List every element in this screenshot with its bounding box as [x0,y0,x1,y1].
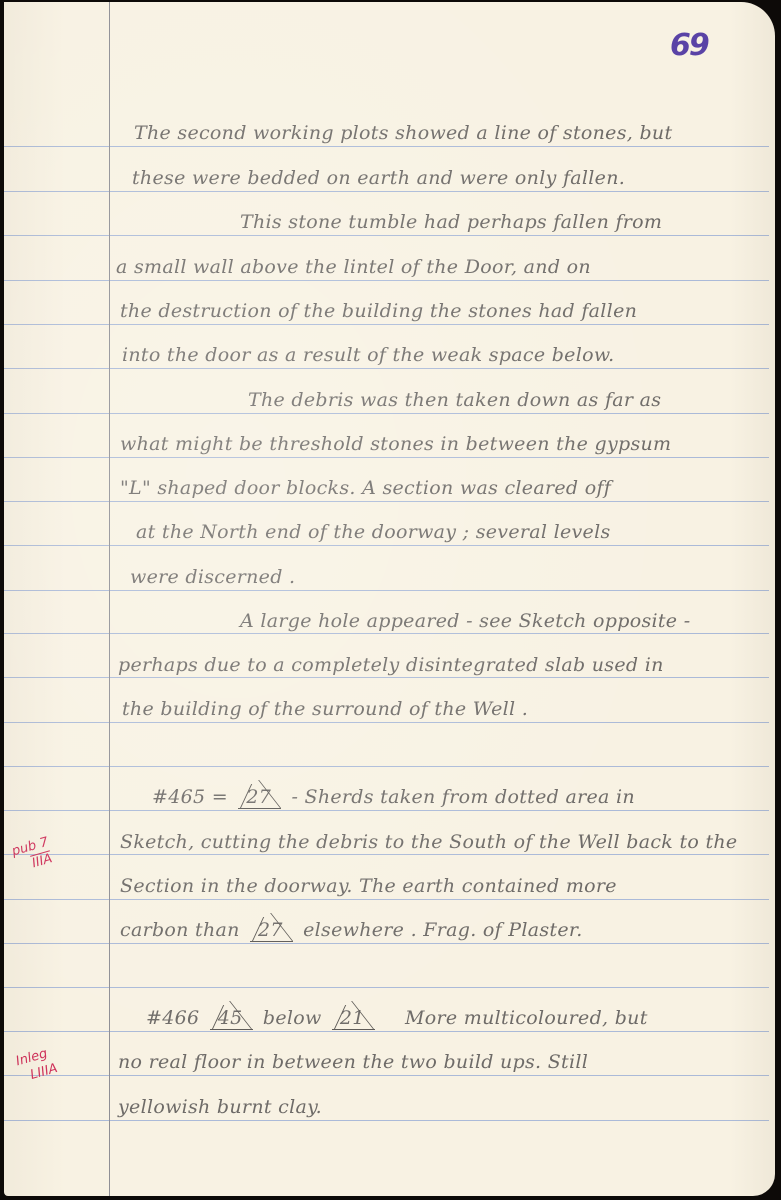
ruled-line [4,368,769,369]
level-number: 21 [340,1007,365,1029]
text-line: the building of the surround of the Well… [122,698,528,720]
margin-note: Inleg LIIIA [14,1044,60,1087]
text-line: The second working plots showed a line o… [134,122,672,144]
text-line: More multicoloured, but [405,1007,648,1029]
ruled-line [4,457,769,458]
ruled-line [4,1120,769,1121]
entry-relation: below [263,1007,322,1029]
entry-number: #465 [152,786,205,808]
text-line: This stone tumble had perhaps fallen fro… [240,211,662,233]
ruled-line [4,810,769,811]
margin-rule [109,2,110,1196]
text-line: these were bedded on earth and were only… [132,167,625,189]
level-triangle: 27 [238,786,281,809]
margin-note: pub 7 IIIA [10,834,55,877]
ruled-line [4,545,769,546]
text-fragment: elsewhere . Frag. of Plaster. [303,919,582,941]
level-triangle: 45 [210,1007,253,1030]
ruled-line [4,1031,769,1032]
entry-number: #466 [146,1007,199,1029]
text-line: the destruction of the building the ston… [120,300,637,322]
entry-466-header: #466 45 below 21 More multicoloured, but [146,1007,648,1030]
text-line-with-level: carbon than 27 elsewhere . Frag. of Plas… [120,919,583,942]
level-number: 45 [218,1007,243,1029]
ruled-line [4,677,769,678]
ruled-line [4,633,769,634]
ruled-line [4,722,769,723]
ruled-line [4,280,769,281]
entry-465-header: #465 = 27 - Sherds taken from dotted are… [152,786,635,809]
text-line: - Sherds taken from dotted area in [291,786,634,808]
text-line: were discerned . [130,566,295,588]
ruled-line [4,766,769,767]
level-number: 27 [246,786,271,808]
text-line: a small wall above the lintel of the Doo… [116,256,591,278]
text-line: A large hole appeared - see Sketch oppos… [240,610,690,632]
text-line: "L" shaped door blocks. A section was cl… [120,477,611,499]
text-line: Section in the doorway. The earth contai… [120,875,617,897]
level-triangle: 27 [250,919,293,942]
notebook-page: 69 The second working plots showed a lin… [4,2,775,1196]
text-line: what might be threshold stones in betwee… [120,433,671,455]
text-line: into the door as a result of the weak sp… [122,344,615,366]
ruled-line [4,501,769,502]
ruled-line [4,899,769,900]
ruled-line [4,413,769,414]
text-line: at the North end of the doorway ; severa… [136,521,611,543]
level-triangle: 21 [332,1007,375,1030]
page-number: 69 [670,28,708,63]
ruled-line [4,324,769,325]
entry-relation: = [212,786,228,808]
text-line: The debris was then taken down as far as [248,389,661,411]
text-line: perhaps due to a completely disintegrate… [118,654,664,676]
ruled-line [4,146,769,147]
ruled-line [4,1075,769,1076]
text-fragment: carbon than [120,919,240,941]
text-line: Sketch, cutting the debris to the South … [120,831,737,853]
ruled-line [4,943,769,944]
ruled-line [4,854,769,855]
ruled-line [4,191,769,192]
level-number: 27 [258,919,283,941]
text-line: no real floor in between the two build u… [118,1051,588,1073]
ruled-line [4,590,769,591]
text-line: yellowish burnt clay. [118,1096,322,1118]
ruled-line [4,235,769,236]
ruled-line [4,987,769,988]
